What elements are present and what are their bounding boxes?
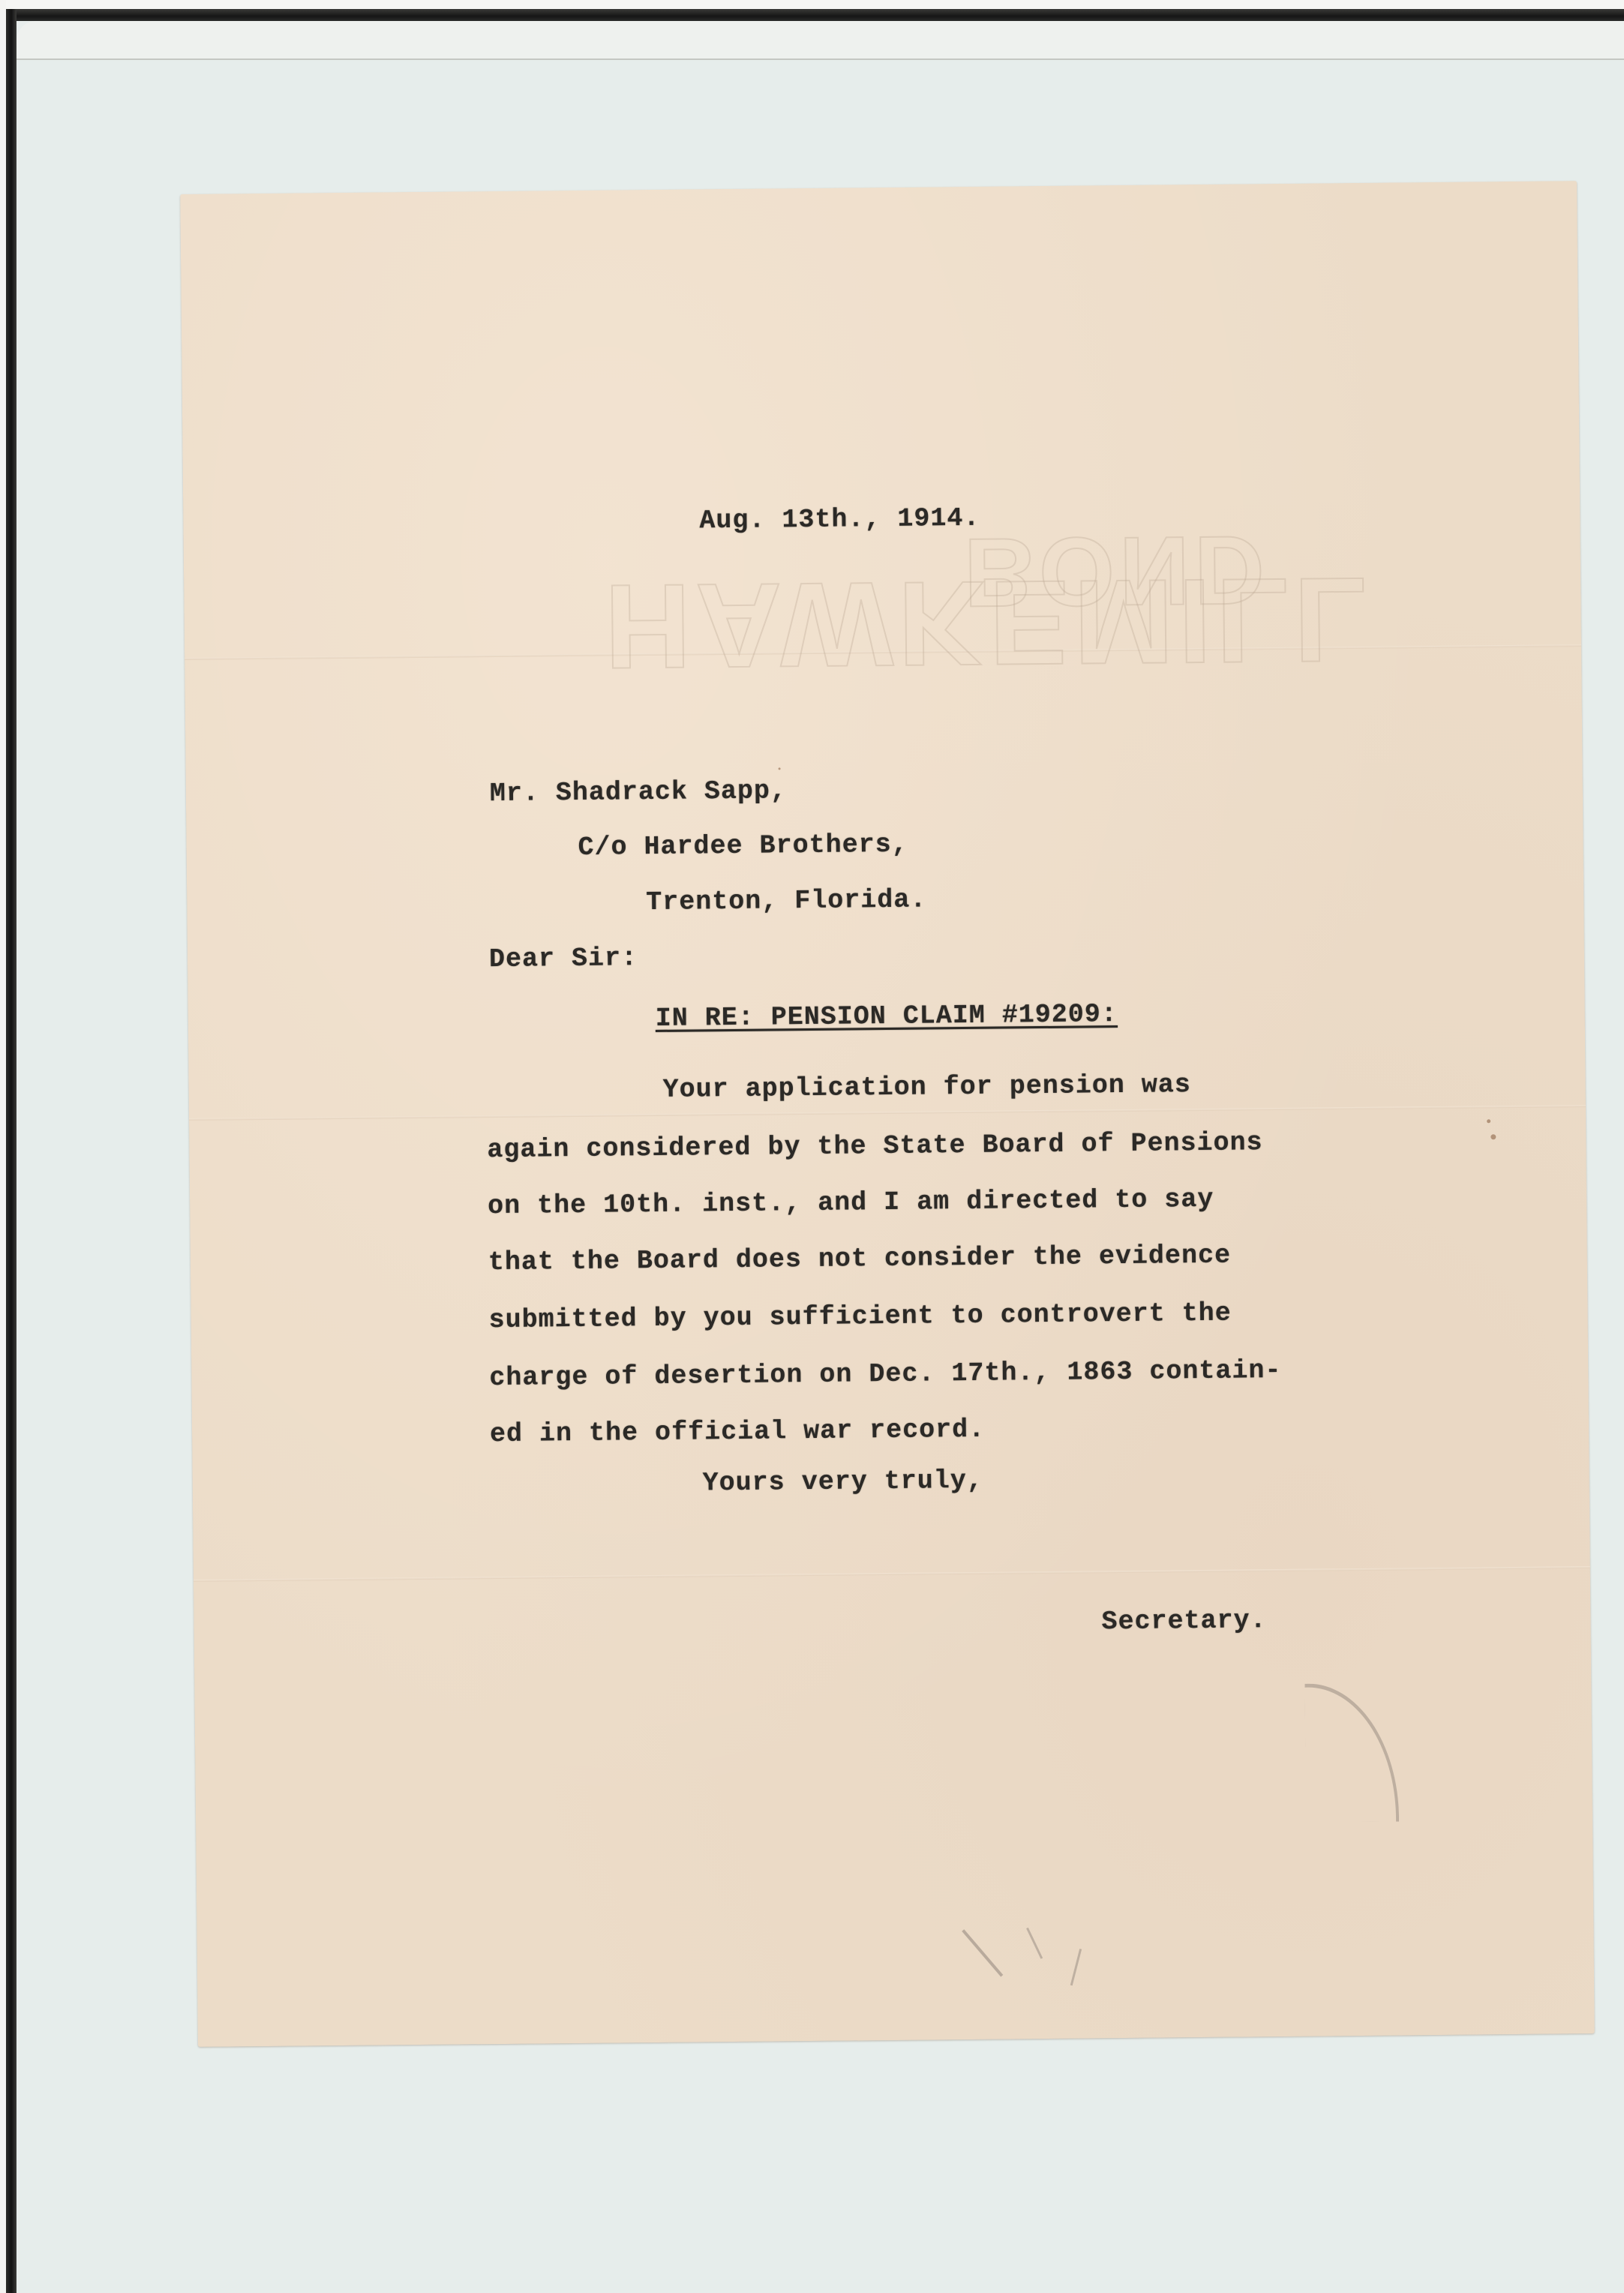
pencil-mark xyxy=(962,1929,1003,1976)
scanner-top-strip xyxy=(0,0,1624,9)
fold-line xyxy=(189,1105,1586,1121)
body-line: ed in the official war record. xyxy=(490,1415,985,1449)
subject-line: IN RE: PENSION CLAIM #19209: xyxy=(656,999,1118,1034)
pencil-mark xyxy=(1026,1928,1043,1959)
fold-line xyxy=(194,1566,1590,1582)
pencil-mark xyxy=(1304,1683,1399,1823)
scanner-left-frame xyxy=(6,9,17,2293)
recipient-name: Mr. Shadrack Sapp, xyxy=(490,776,787,809)
closing: Yours very truly, xyxy=(703,1466,983,1499)
paper-stain xyxy=(1487,1119,1490,1123)
letter-page: BOND HAWKEMILL Aug. 13th., 1914. Mr. Sha… xyxy=(180,181,1595,2047)
recipient-city: Trenton, Florida. xyxy=(646,884,926,917)
signature-title: Secretary. xyxy=(1101,1605,1266,1637)
scanner-outer-strip xyxy=(0,0,6,2293)
scanner-lid-edge xyxy=(17,59,1624,60)
salutation: Dear Sir: xyxy=(489,943,638,974)
watermark-line-2: HAWKEMILL xyxy=(604,551,1372,696)
body-line: that the Board does not consider the evi… xyxy=(488,1241,1231,1278)
scanner-lid-band xyxy=(17,21,1624,59)
body-line: submitted by you sufficient to controver… xyxy=(488,1298,1231,1336)
pencil-mark xyxy=(1070,1949,1082,1985)
scanner-top-frame xyxy=(6,9,1624,21)
body-line: on the 10th. inst., and I am directed to… xyxy=(488,1184,1214,1221)
recipient-care-of: C/o Hardee Brothers, xyxy=(578,830,908,863)
body-line: Your application for pension was xyxy=(662,1070,1190,1105)
paper-speck xyxy=(779,767,781,770)
body-line: charge of desertion on Dec. 17th., 1863 … xyxy=(489,1355,1282,1393)
paper-stain xyxy=(1490,1134,1496,1139)
body-line: again considered by the State Board of P… xyxy=(487,1127,1263,1165)
letter-date: Aug. 13th., 1914. xyxy=(699,503,980,536)
